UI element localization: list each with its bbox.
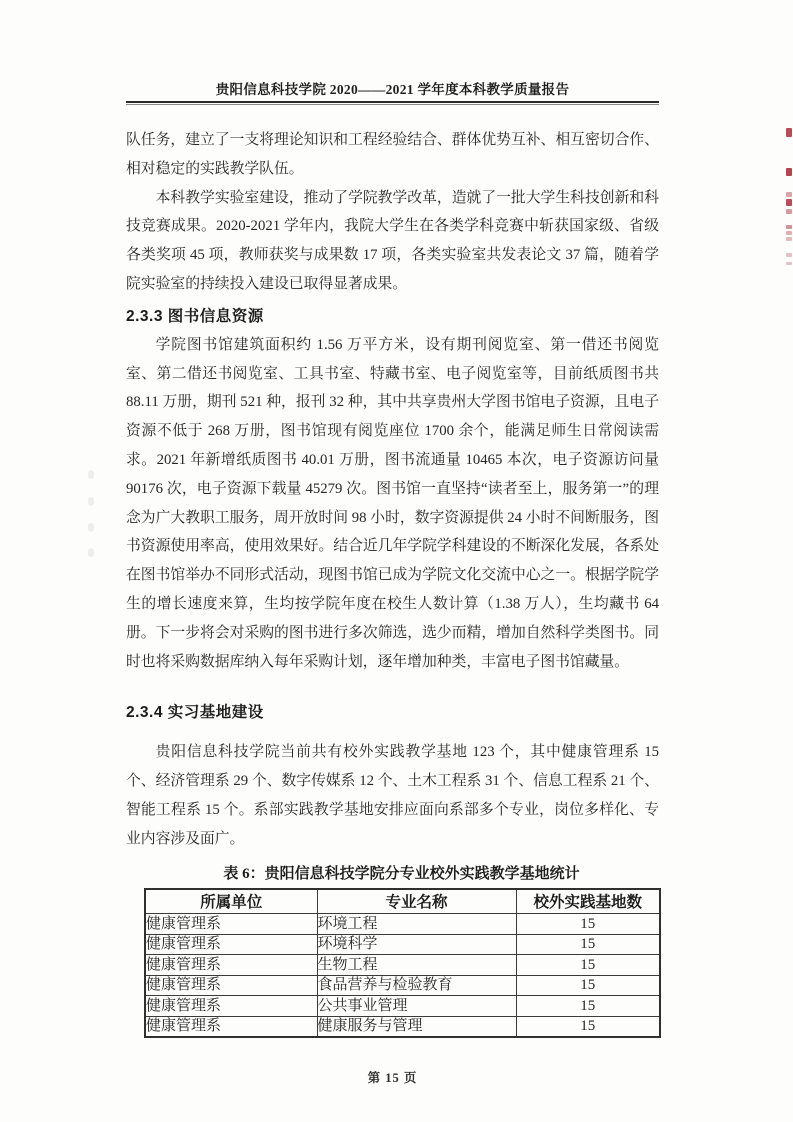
section-heading-2-3-3: 2.3.3 图书信息资源 — [126, 305, 659, 329]
scan-edge-mark — [786, 231, 792, 235]
table-cell: 15 — [516, 934, 660, 955]
paragraph-team-continuation: 队任务，建立了一支将理论知识和工程经验结合、群体优势互补、相互密切合作、相对稳定… — [126, 126, 659, 184]
table-cell: 健康管理系 — [145, 975, 317, 996]
column-header-base-count: 校外实践基地数 — [516, 889, 660, 914]
table-header-row: 所属单位 专业名称 校外实践基地数 — [145, 889, 660, 914]
table-cell: 15 — [516, 1016, 660, 1037]
table-cell: 健康管理系 — [145, 996, 317, 1017]
header-rule — [126, 101, 659, 105]
table-cell: 15 — [516, 955, 660, 976]
table-cell: 公共事业管理 — [317, 996, 516, 1017]
table-cell: 生物工程 — [317, 955, 516, 976]
document-body: 队任务，建立了一支将理论知识和工程经验结合、群体优势互补、相互密切合作、相对稳定… — [126, 126, 659, 1038]
table-cell: 环境工程 — [317, 914, 516, 935]
table-row: 健康管理系环境工程15 — [145, 914, 660, 935]
content-column: 贵阳信息科技学院 2020——2021 学年度本科教学质量报告 队任务，建立了一… — [126, 82, 659, 1086]
column-header-major: 专业名称 — [317, 889, 516, 914]
column-header-unit: 所属单位 — [145, 889, 317, 914]
margin-smudge — [88, 497, 94, 506]
scan-edge-mark — [786, 225, 792, 229]
scan-edge-mark — [786, 192, 792, 197]
table-cell: 15 — [516, 975, 660, 996]
table-cell: 健康服务与管理 — [317, 1016, 516, 1037]
scan-edge-mark — [786, 253, 792, 257]
table-cell: 健康管理系 — [145, 955, 317, 976]
paragraph-library-resources: 学院图书馆建筑面积约 1.56 万平方米，设有期刊阅览室、第一借还书阅览室、第二… — [126, 331, 659, 677]
scan-edge-mark — [786, 237, 792, 241]
scan-edge-mark — [786, 199, 792, 206]
paragraph-lab-achievements: 本科教学实验室建设，推动了学院教学改革，造就了一批大学生科技创新和科技竞赛成果。… — [126, 184, 659, 299]
table-cell: 环境科学 — [317, 934, 516, 955]
table-cell: 食品营养与检验教育 — [317, 975, 516, 996]
scan-edge-mark — [786, 262, 792, 265]
paragraph-practice-bases: 贵阳信息科技学院当前共有校外实践教学基地 123 个，其中健康管理系 15 个、… — [126, 738, 659, 853]
scan-edge-mark — [786, 168, 792, 176]
page-number: 第 15 页 — [126, 1068, 659, 1086]
section-heading-2-3-4: 2.3.4 实习基地建设 — [126, 701, 659, 725]
scan-edge-mark — [786, 128, 792, 137]
page-footer: 第 15 页 — [126, 1068, 659, 1086]
practice-base-table-body: 健康管理系环境工程15健康管理系环境科学15健康管理系生物工程15健康管理系食品… — [145, 914, 660, 1037]
table-cell: 健康管理系 — [145, 934, 317, 955]
table-cell: 15 — [516, 914, 660, 935]
table-row: 健康管理系公共事业管理15 — [145, 996, 660, 1017]
margin-smudge — [88, 548, 94, 557]
margin-smudge — [88, 523, 94, 532]
scan-edge-mark — [786, 209, 792, 214]
table-row: 健康管理系环境科学15 — [145, 934, 660, 955]
table-row: 健康管理系生物工程15 — [145, 955, 660, 976]
table-cell: 15 — [516, 996, 660, 1017]
margin-smudge — [88, 470, 94, 479]
table-row: 健康管理系健康服务与管理15 — [145, 1016, 660, 1037]
document-page: 贵阳信息科技学院 2020——2021 学年度本科教学质量报告 队任务，建立了一… — [0, 0, 793, 1122]
page-header-title: 贵阳信息科技学院 2020——2021 学年度本科教学质量报告 — [126, 82, 659, 98]
practice-base-table: 所属单位 专业名称 校外实践基地数 健康管理系环境工程15健康管理系环境科学15… — [144, 888, 661, 1038]
table-cell: 健康管理系 — [145, 914, 317, 935]
table-cell: 健康管理系 — [145, 1016, 317, 1037]
table-caption: 表 6：贵阳信息科技学院分专业校外实践教学基地统计 — [144, 863, 659, 885]
table-row: 健康管理系食品营养与检验教育15 — [145, 975, 660, 996]
page-header: 贵阳信息科技学院 2020——2021 学年度本科教学质量报告 — [126, 82, 659, 105]
